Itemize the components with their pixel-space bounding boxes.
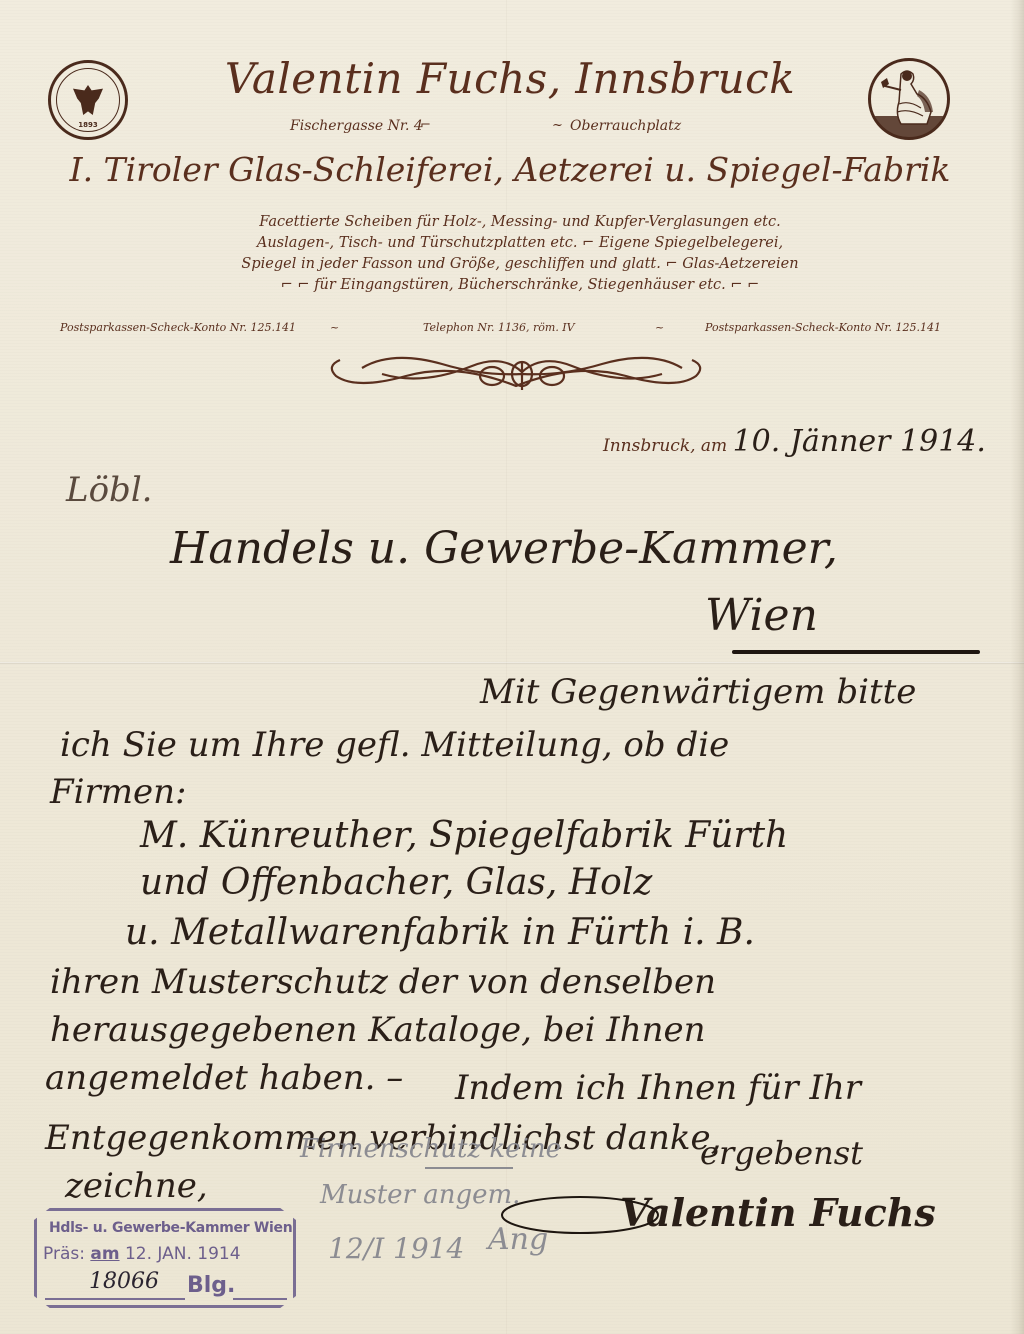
printed-place: Innsbruck, am (603, 436, 727, 456)
handwritten-date: 10. Jänner 191 (733, 424, 958, 459)
allegorical-figure-seal (868, 58, 950, 140)
services-line: Spiegel in jeder Fasson und Größe, gesch… (180, 254, 860, 275)
body-line: angemeldet haben. – (45, 1058, 403, 1098)
company-subtitle: I. Tiroler Glas-Schleiferei, Aetzerei u.… (50, 153, 970, 186)
closing-word: ergebenst (700, 1134, 863, 1172)
flourish-icon: ~ (552, 118, 563, 133)
recipient-underline (732, 650, 980, 654)
body-line: u. Metallwarenfabrik in Fürth i. B. (125, 912, 755, 953)
telephone-number: Telephon Nr. 1136, röm. IV (423, 321, 575, 334)
services-line: Facettierte Scheiben für Holz-, Messing-… (180, 212, 860, 233)
ornamental-flourish-icon (322, 346, 722, 392)
flourish-icon: ~ (655, 321, 664, 334)
salutation: Löbl. (66, 470, 153, 510)
body-line: herausgegebenen Kataloge, bei Ihnen (50, 1010, 706, 1050)
postal-account-right: Postsparkassen-Scheck-Konto Nr. 125.141 (705, 321, 941, 334)
body-line: Mit Gegenwärtigem bitte (480, 672, 916, 712)
pencil-note-line-1: Firmenschutz keine (300, 1134, 561, 1164)
body-line: Firmen: (50, 772, 186, 812)
stamp-am: am (90, 1244, 119, 1264)
street-address: Fischergasse Nr. 4 (290, 118, 423, 134)
body-line: ihren Musterschutz der von denselben (50, 962, 716, 1002)
handwritten-year-digit: 4. (957, 424, 986, 459)
stamp-date: 12. JAN. 1914 (125, 1244, 241, 1264)
body-line: ich Sie um Ihre gefl. Mitteilung, ob die (60, 725, 729, 765)
paper-edge-shadow (1010, 0, 1024, 1334)
horizontal-fold-line (0, 662, 1024, 664)
body-line: Indem ich Ihnen für Ihr (455, 1068, 861, 1108)
stamp-enclosure-label: Blg. (187, 1273, 235, 1298)
stamp-rule (233, 1298, 287, 1300)
stamp-rule (45, 1298, 185, 1300)
eagle-crest-icon (73, 85, 103, 115)
services-line: Auslagen-, Tisch- und Türschutzplatten e… (180, 233, 860, 254)
pencil-initials: Ang (488, 1222, 548, 1257)
body-line: zeichne, (65, 1166, 208, 1206)
stamp-date-line: Präs: am 12. JAN. 1914 (43, 1244, 241, 1264)
recipient-line-1: Handels u. Gewerbe-Kammer, (170, 523, 838, 574)
body-line: M. Künreuther, Spiegelfabrik Fürth (140, 815, 788, 856)
seal-year: 1893 (57, 121, 119, 129)
pencil-underline (425, 1167, 513, 1169)
stamp-prefix: Präs: (43, 1244, 85, 1264)
seated-allegorical-figure-icon (871, 60, 947, 138)
services-line: ⌐ ⌐ für Eingangstüren, Bücherschränke, S… (180, 275, 860, 296)
exhibition-medal-seal: 1893 (48, 60, 128, 140)
square-address: Oberrauchplatz (570, 118, 681, 134)
chamber-receipt-stamp: Hdls- u. Gewerbe-Kammer Wien Präs: am 12… (34, 1208, 296, 1308)
pencil-note-line-2: Muster angem. (320, 1180, 520, 1210)
flourish-icon: ⌐ (420, 118, 431, 133)
stamp-chamber-name: Hdls- u. Gewerbe-Kammer Wien (49, 1220, 292, 1236)
services-list: Facettierte Scheiben für Holz-, Messing-… (180, 212, 860, 296)
place-date-line: Innsbruck, am 10. Jänner 1914. (603, 424, 986, 459)
body-line: und Offenbacher, Glas, Holz (140, 862, 652, 903)
flourish-icon: ~ (330, 321, 339, 334)
recipient-line-2: Wien (705, 590, 818, 641)
stamp-registration-number: 18066 (89, 1269, 159, 1294)
pencil-date: 12/I 1914 (328, 1232, 464, 1265)
postal-account-left: Postsparkassen-Scheck-Konto Nr. 125.141 (60, 321, 296, 334)
company-name: Valentin Fuchs, Innsbruck (200, 58, 820, 100)
